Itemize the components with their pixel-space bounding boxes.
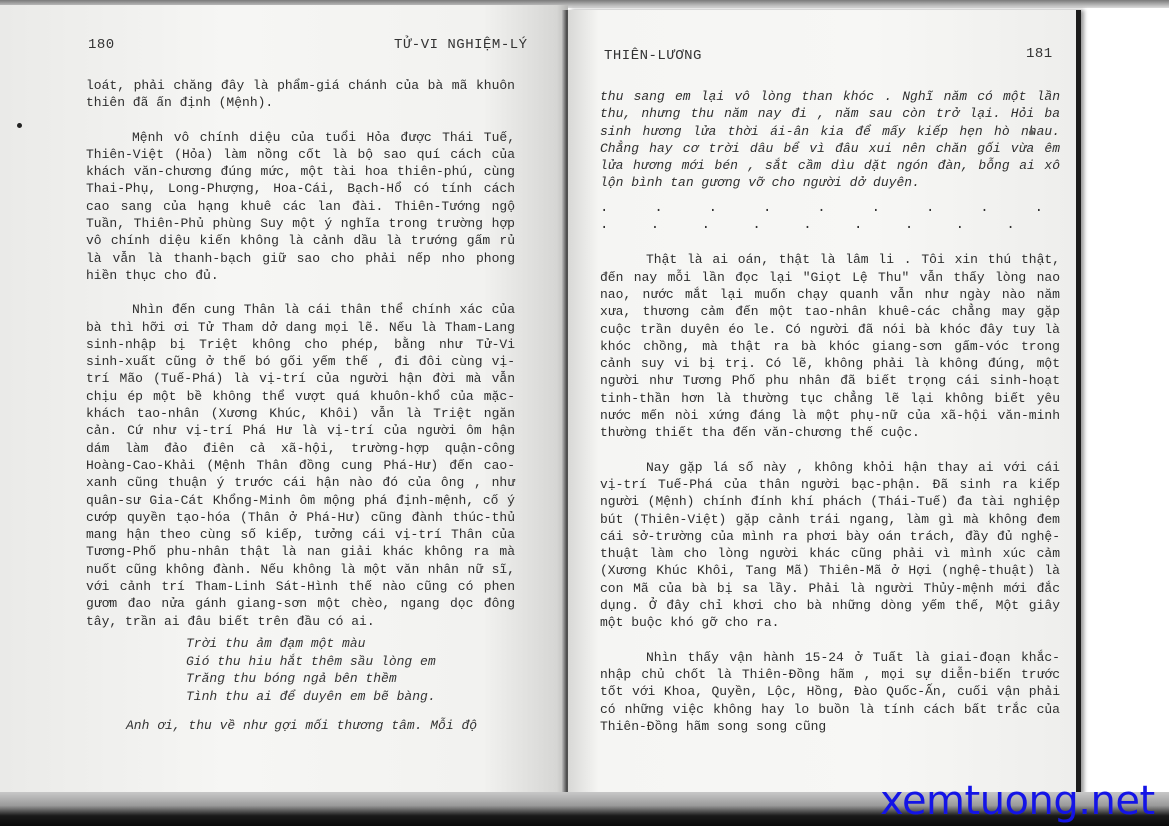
poem-line: Tình thu ai để duyên em bẽ bàng. [186, 688, 436, 706]
left-body: loát, phải chăng đây là phẩm-giá chánh c… [86, 77, 515, 630]
paragraph: Nay gặp lá số này , không khỏi hận thay … [600, 459, 1060, 632]
paragraph: Mệnh vô chính diệu của tuổi Hỏa được Thá… [86, 129, 515, 285]
page-number-left: 180 [88, 37, 115, 53]
page-number-right: 181 [1026, 46, 1053, 62]
scan-speck [17, 123, 22, 128]
poem-line: Trăng thu bóng ngả bên thềm [186, 670, 436, 688]
paragraph: Nhìn thấy vận hành 15-24 ở Tuất là giai-… [600, 649, 1060, 735]
right-page: THIÊN-LƯƠNG 181 thu sang em lại vô lòng … [568, 10, 1081, 795]
poem-line: Gió thu hiu hắt thêm sầu lòng em [186, 653, 436, 671]
paragraph: thu sang em lại vô lòng than khóc . Nghĩ… [600, 88, 1060, 192]
scan-speck [1029, 130, 1034, 135]
poem-line: Trời thu ảm đạm một màu [186, 635, 436, 653]
poem: Trời thu ảm đạm một màu Gió thu hiu hắt … [186, 635, 436, 705]
paragraph: loát, phải chăng đây là phẩm-giá chánh c… [86, 77, 515, 112]
left-page: 180 TỬ-VI NGHIỆM-LÝ loát, phải chăng đây… [0, 5, 568, 795]
paragraph: Nhìn đến cung Thân là cái thân thể chính… [86, 301, 515, 630]
paragraph: Thật là ai oán, thật là lâm li . Tôi xin… [600, 251, 1060, 441]
running-header-right: THIÊN-LƯƠNG [604, 48, 702, 64]
right-body: thu sang em lại vô lòng than khóc . Nghĩ… [600, 88, 1060, 735]
running-header-left: TỬ-VI NGHIỆM-LÝ [394, 37, 528, 53]
closing-line: Anh ơi, thu về như gợi mối thương tâm. M… [126, 717, 477, 735]
watermark-link[interactable]: xemtuong.net [880, 778, 1155, 824]
separator-dots: . . . . . . . . . . . . . . . . . . [600, 200, 1060, 235]
